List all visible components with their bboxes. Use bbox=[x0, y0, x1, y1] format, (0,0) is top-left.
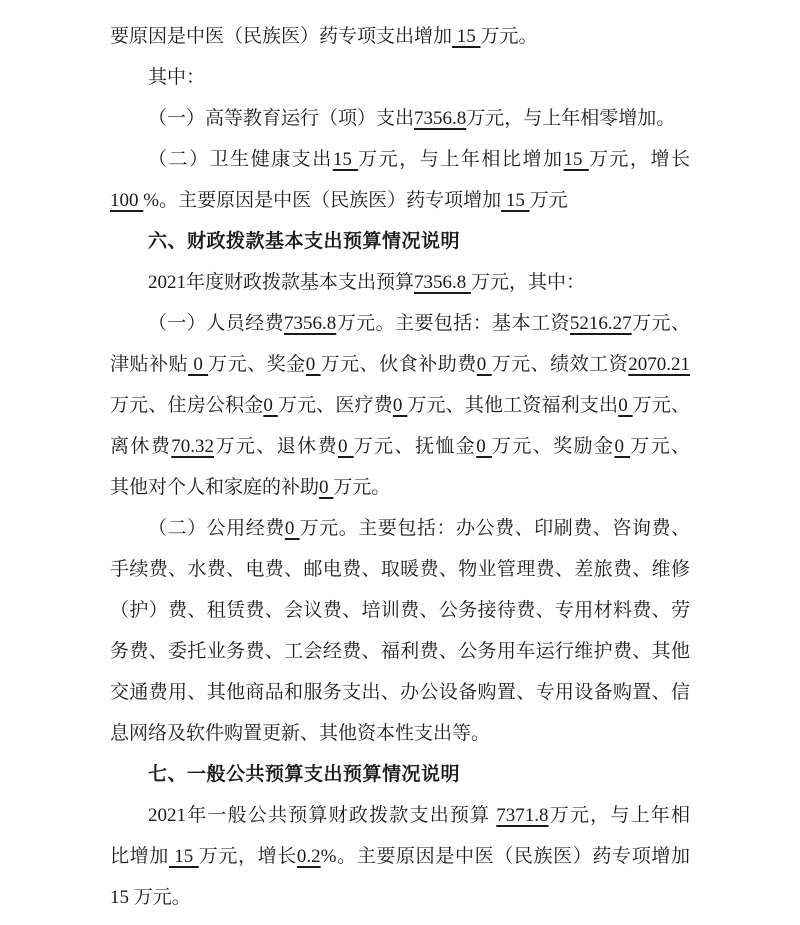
underlined-value: 0 bbox=[393, 395, 407, 416]
text-run: 手续费、水费、电费、邮电费、取暖费、物业管理费、差旅费、维修 bbox=[110, 559, 690, 580]
text-line: 津贴补贴 0 万元、奖金0 万元、伙食补助费0 万元、绩效工资2070.21 bbox=[110, 344, 690, 385]
underlined-value: 0.2 bbox=[297, 846, 321, 867]
text-run: 万元。 bbox=[481, 26, 538, 47]
underlined-value: 7356.8 bbox=[414, 272, 471, 293]
text-run: （二）卫生健康支出 bbox=[148, 149, 333, 170]
text-run: 万元、抚恤金 bbox=[354, 436, 477, 457]
underlined-value: 15 bbox=[564, 149, 589, 170]
underlined-value: 5216.27 bbox=[570, 313, 632, 334]
text-run: 万元 bbox=[530, 190, 568, 211]
text-line: （二）公用经费0 万元。主要包括：办公费、印刷费、咨询费、 bbox=[110, 508, 690, 549]
text-line: 其他对个人和家庭的补助0 万元。 bbox=[110, 467, 690, 508]
text-run: 万元，增长 bbox=[199, 846, 297, 867]
text-run: 七、一般公共预算支出预算情况说明 bbox=[148, 764, 460, 785]
text-run: 万元、退休费 bbox=[214, 436, 338, 457]
text-line: 离休费70.32万元、退休费0 万元、抚恤金0 万元、奖励金0 万元、 bbox=[110, 426, 690, 467]
text-line: 要原因是中医（民族医）药专项支出增加 15 万元。 bbox=[110, 16, 690, 57]
underlined-value: 7371.8 bbox=[496, 805, 548, 826]
text-line: 2021年一般公共预算财政拨款支出预算 7371.8万元，与上年相 bbox=[110, 795, 690, 836]
text-run: 万元。 bbox=[333, 477, 390, 498]
text-run: 万元。主要包括：基本工资 bbox=[336, 313, 570, 334]
text-run: 万元、奖励金 bbox=[492, 436, 615, 457]
underlined-value: 0 bbox=[263, 395, 277, 416]
underlined-value: 0 bbox=[188, 354, 208, 375]
text-run: 务费、委托业务费、工会经费、福利费、公务用车运行维护费、其他 bbox=[110, 641, 690, 662]
underlined-value: 7356.8 bbox=[414, 108, 466, 129]
document-page: 要原因是中医（民族医）药专项支出增加 15 万元。其中：（一）高等教育运行（项）… bbox=[0, 0, 800, 925]
underlined-value: 0 bbox=[477, 354, 492, 375]
text-run: 息网络及软件购置更新、其他资本性支出等。 bbox=[110, 723, 490, 744]
text-run: 万元，与上年相 bbox=[549, 805, 690, 826]
text-run: 万元，其中： bbox=[471, 272, 585, 293]
underlined-value: 0 bbox=[285, 518, 300, 539]
text-run: 万元、住房公积金 bbox=[110, 395, 263, 416]
section-heading: 七、一般公共预算支出预算情况说明 bbox=[110, 754, 690, 795]
underlined-value: 0 bbox=[476, 436, 492, 457]
text-run: %。主要原因是中医（民族医）药专项增加 bbox=[321, 846, 690, 867]
text-run: 万元、伙食补助费 bbox=[321, 354, 477, 375]
text-run: 2021年度财政拨款基本支出预算 bbox=[148, 272, 414, 293]
text-run: 万元，与上年相比增加 bbox=[358, 149, 563, 170]
underlined-value: 0 bbox=[614, 436, 630, 457]
text-line: 15 万元。 bbox=[110, 877, 690, 918]
text-run: 2021年一般公共预算财政拨款支出预算 bbox=[148, 805, 496, 826]
underlined-value: 15 bbox=[452, 26, 481, 47]
text-run: 交通费用、其他商品和服务支出、办公设备购置、专用设备购置、信 bbox=[110, 682, 690, 703]
text-run: 津贴补贴 bbox=[110, 354, 188, 375]
text-run: %。主要原因是中医（民族医）药专项增加 bbox=[143, 190, 501, 211]
text-line: 息网络及软件购置更新、其他资本性支出等。 bbox=[110, 713, 690, 754]
document-body: 要原因是中医（民族医）药专项支出增加 15 万元。其中：（一）高等教育运行（项）… bbox=[0, 0, 800, 918]
underlined-value: 15 bbox=[333, 149, 358, 170]
text-run: 15 万元。 bbox=[110, 887, 191, 908]
text-line: 2021年度财政拨款基本支出预算7356.8 万元，其中： bbox=[110, 262, 690, 303]
underlined-value: 15 bbox=[169, 846, 199, 867]
text-line: （二）卫生健康支出15 万元，与上年相比增加15 万元，增长 bbox=[110, 139, 690, 180]
text-line: 100 %。主要原因是中医（民族医）药专项增加 15 万元 bbox=[110, 180, 690, 221]
text-run: 离休费 bbox=[110, 436, 171, 457]
text-run: 万元。主要包括：办公费、印刷费、咨询费、 bbox=[300, 518, 690, 539]
text-line: 手续费、水费、电费、邮电费、取暖费、物业管理费、差旅费、维修 bbox=[110, 549, 690, 590]
text-run: 万元、绩效工资 bbox=[492, 354, 629, 375]
underlined-value: 0 bbox=[338, 436, 354, 457]
text-run: 万元、 bbox=[632, 313, 690, 334]
text-run: 万元，与上年相零增加。 bbox=[466, 108, 675, 129]
underlined-value: 0 bbox=[306, 354, 321, 375]
text-run: 万元、 bbox=[630, 436, 690, 457]
text-line: （一）高等教育运行（项）支出7356.8万元，与上年相零增加。 bbox=[110, 98, 690, 139]
text-run: 万元、奖金 bbox=[208, 354, 306, 375]
text-run: 比增加 bbox=[110, 846, 169, 867]
text-run: 万元、其他工资福利支出 bbox=[407, 395, 618, 416]
underlined-value: 70.32 bbox=[171, 436, 214, 457]
text-line: 比增加 15 万元，增长0.2%。主要原因是中医（民族医）药专项增加 bbox=[110, 836, 690, 877]
underlined-value: 100 bbox=[110, 190, 143, 211]
underlined-value: 0 bbox=[319, 477, 333, 498]
text-run: （护）费、租赁费、会议费、培训费、公务接待费、专用材料费、劳 bbox=[110, 600, 690, 621]
text-line: （护）费、租赁费、会议费、培训费、公务接待费、专用材料费、劳 bbox=[110, 590, 690, 631]
text-run: 六、财政拨款基本支出预算情况说明 bbox=[148, 231, 460, 252]
text-run: （一）人员经费 bbox=[148, 313, 284, 334]
underlined-value: 0 bbox=[618, 395, 632, 416]
text-line: （一）人员经费7356.8万元。主要包括：基本工资5216.27万元、 bbox=[110, 303, 690, 344]
text-run: 其中： bbox=[148, 67, 205, 88]
text-run: 万元、医疗费 bbox=[278, 395, 393, 416]
text-line: 万元、住房公积金0 万元、医疗费0 万元、其他工资福利支出0 万元、 bbox=[110, 385, 690, 426]
text-line: 交通费用、其他商品和服务支出、办公设备购置、专用设备购置、信 bbox=[110, 672, 690, 713]
text-run: 万元、 bbox=[633, 395, 690, 416]
text-run: 要原因是中医（民族医）药专项支出增加 bbox=[110, 26, 452, 47]
text-line: 务费、委托业务费、工会经费、福利费、公务用车运行维护费、其他 bbox=[110, 631, 690, 672]
text-run: （二）公用经费 bbox=[148, 518, 285, 539]
text-run: 其他对个人和家庭的补助 bbox=[110, 477, 319, 498]
underlined-value: 15 bbox=[501, 190, 530, 211]
text-run: （一）高等教育运行（项）支出 bbox=[148, 108, 414, 129]
underlined-value: 2070.21 bbox=[628, 354, 690, 375]
text-line: 其中： bbox=[110, 57, 690, 98]
text-run: 万元，增长 bbox=[589, 149, 690, 170]
section-heading: 六、财政拨款基本支出预算情况说明 bbox=[110, 221, 690, 262]
underlined-value: 7356.8 bbox=[284, 313, 336, 334]
